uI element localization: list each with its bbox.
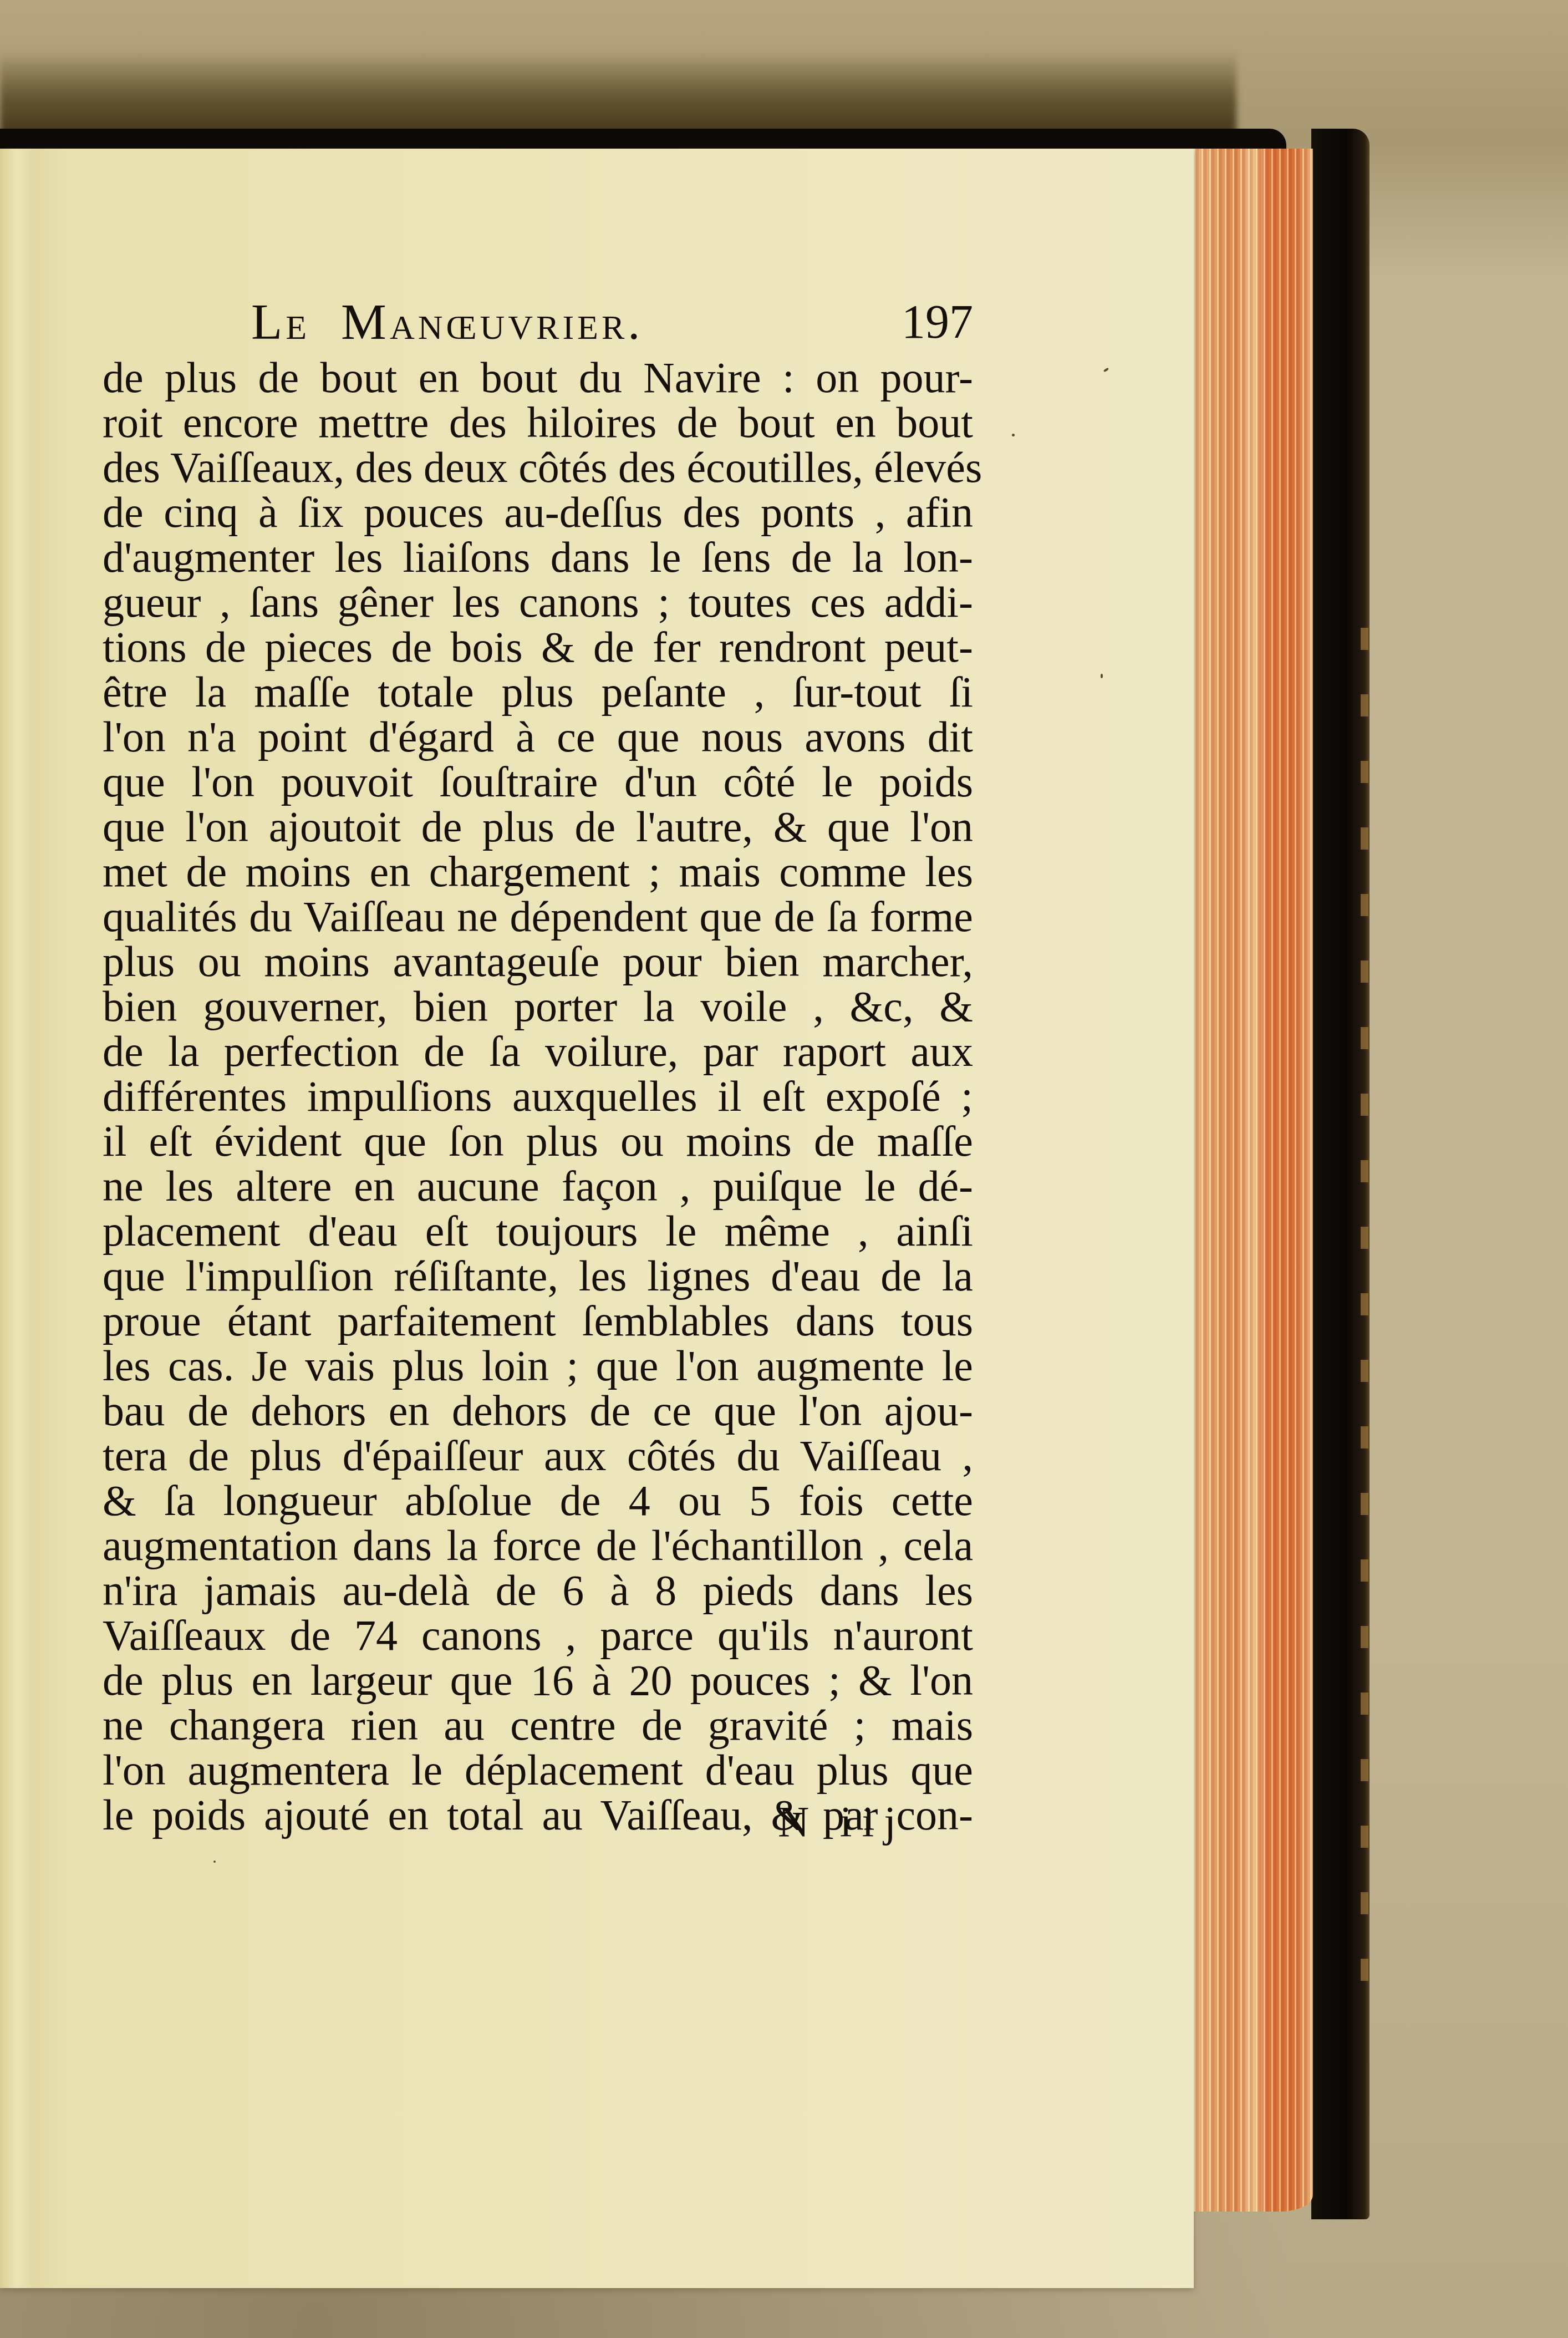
text-line: bien gouverner, bien porter la voile , &… (103, 984, 973, 1029)
running-title: Le Manœuvrier. (251, 297, 643, 348)
text-line: de la perfection de ſa voilure, par rapo… (103, 1029, 973, 1074)
text-line: les cas. Je vais plus loin ; que l'on au… (103, 1343, 973, 1388)
text-line: que l'impulſion réſiſtante, les lignes d… (103, 1253, 973, 1298)
text-line: être la maſſe totale plus peſante , ſur-… (103, 669, 973, 714)
title-rest-le: e (286, 296, 310, 350)
book-cover-top-edge (0, 129, 1286, 149)
text-line: ne les altere en aucune façon , puiſque … (103, 1163, 973, 1208)
running-head: Le Manœuvrier. 197 (251, 297, 973, 347)
paper-speck (1012, 434, 1015, 436)
text-line: qualités du Vaiſſeau ne dépendent que de… (103, 894, 973, 939)
page-number: 197 (902, 297, 973, 347)
text-line: tions de pieces de bois & de fer rendron… (103, 624, 973, 669)
text-line: placement d'eau eſt toujours le même , a… (103, 1208, 973, 1253)
text-line: Vaiſſeaux de 74 canons , parce qu'ils n'… (103, 1613, 973, 1658)
title-initial-l: L (251, 293, 286, 350)
text-line: différentes impulſions auxquelles il eſt… (103, 1074, 973, 1119)
title-initial-m: M (341, 293, 390, 350)
text-line: bau de dehors en dehors de ce que l'on a… (103, 1388, 973, 1433)
text-line: de plus en largeur que 16 à 20 pouces ; … (103, 1658, 973, 1702)
text-line: ne changera rien au centre de gravité ; … (103, 1702, 973, 1747)
paper-speck (213, 1861, 216, 1863)
text-line: plus ou moins avantageuſe pour bien marc… (103, 939, 973, 984)
book-cover-right-edge (1311, 129, 1370, 2219)
text-line: n'ira jamais au-delà de 6 à 8 pieds dans… (103, 1568, 973, 1613)
text-line: l'on augmentera le déplacement d'eau plu… (103, 1747, 973, 1792)
binding-shadow (0, 50, 1236, 139)
text-line: de plus de bout en bout du Navire : on p… (103, 355, 973, 400)
text-line: que l'on ajoutoit de plus de l'autre, & … (103, 804, 973, 849)
text-line: & ſa longueur abſolue de 4 ou 5 fois cet… (103, 1478, 973, 1523)
text-line: des Vaiſſeaux, des deux côtés des écouti… (103, 445, 973, 490)
text-line: il eſt évident que ſon plus ou moins de … (103, 1119, 973, 1163)
text-line: proue étant parfaitement ſemblables dans… (103, 1298, 973, 1343)
body-text: de plus de bout en bout du Navire : on p… (103, 355, 973, 1837)
text-line: augmentation dans la force de l'échantil… (103, 1523, 973, 1568)
gilt-fore-edge (1194, 149, 1313, 2212)
text-line: roit encore mettre des hiloires de bout … (103, 400, 973, 445)
signature-mark: N iij (778, 1800, 906, 1844)
text-line: met de moins en chargement ; mais comme … (103, 849, 973, 894)
text-line: d'augmenter les liaiſons dans le ſens de… (103, 535, 973, 580)
text-line: l'on n'a point d'égard à ce que nous avo… (103, 714, 973, 759)
text-line: gueur , ſans gêner les canons ; toutes c… (103, 580, 973, 624)
text-line: tera de plus d'épaiſſeur aux côtés du Va… (103, 1433, 973, 1478)
text-line: que l'on pouvoit ſouſtraire d'un côté le… (103, 759, 973, 804)
title-rest-manoeuvrier: anœuvrier. (390, 296, 643, 350)
text-line: de cinq à ſix pouces au-deſſus des ponts… (103, 490, 973, 535)
paper-speck (1101, 674, 1103, 678)
